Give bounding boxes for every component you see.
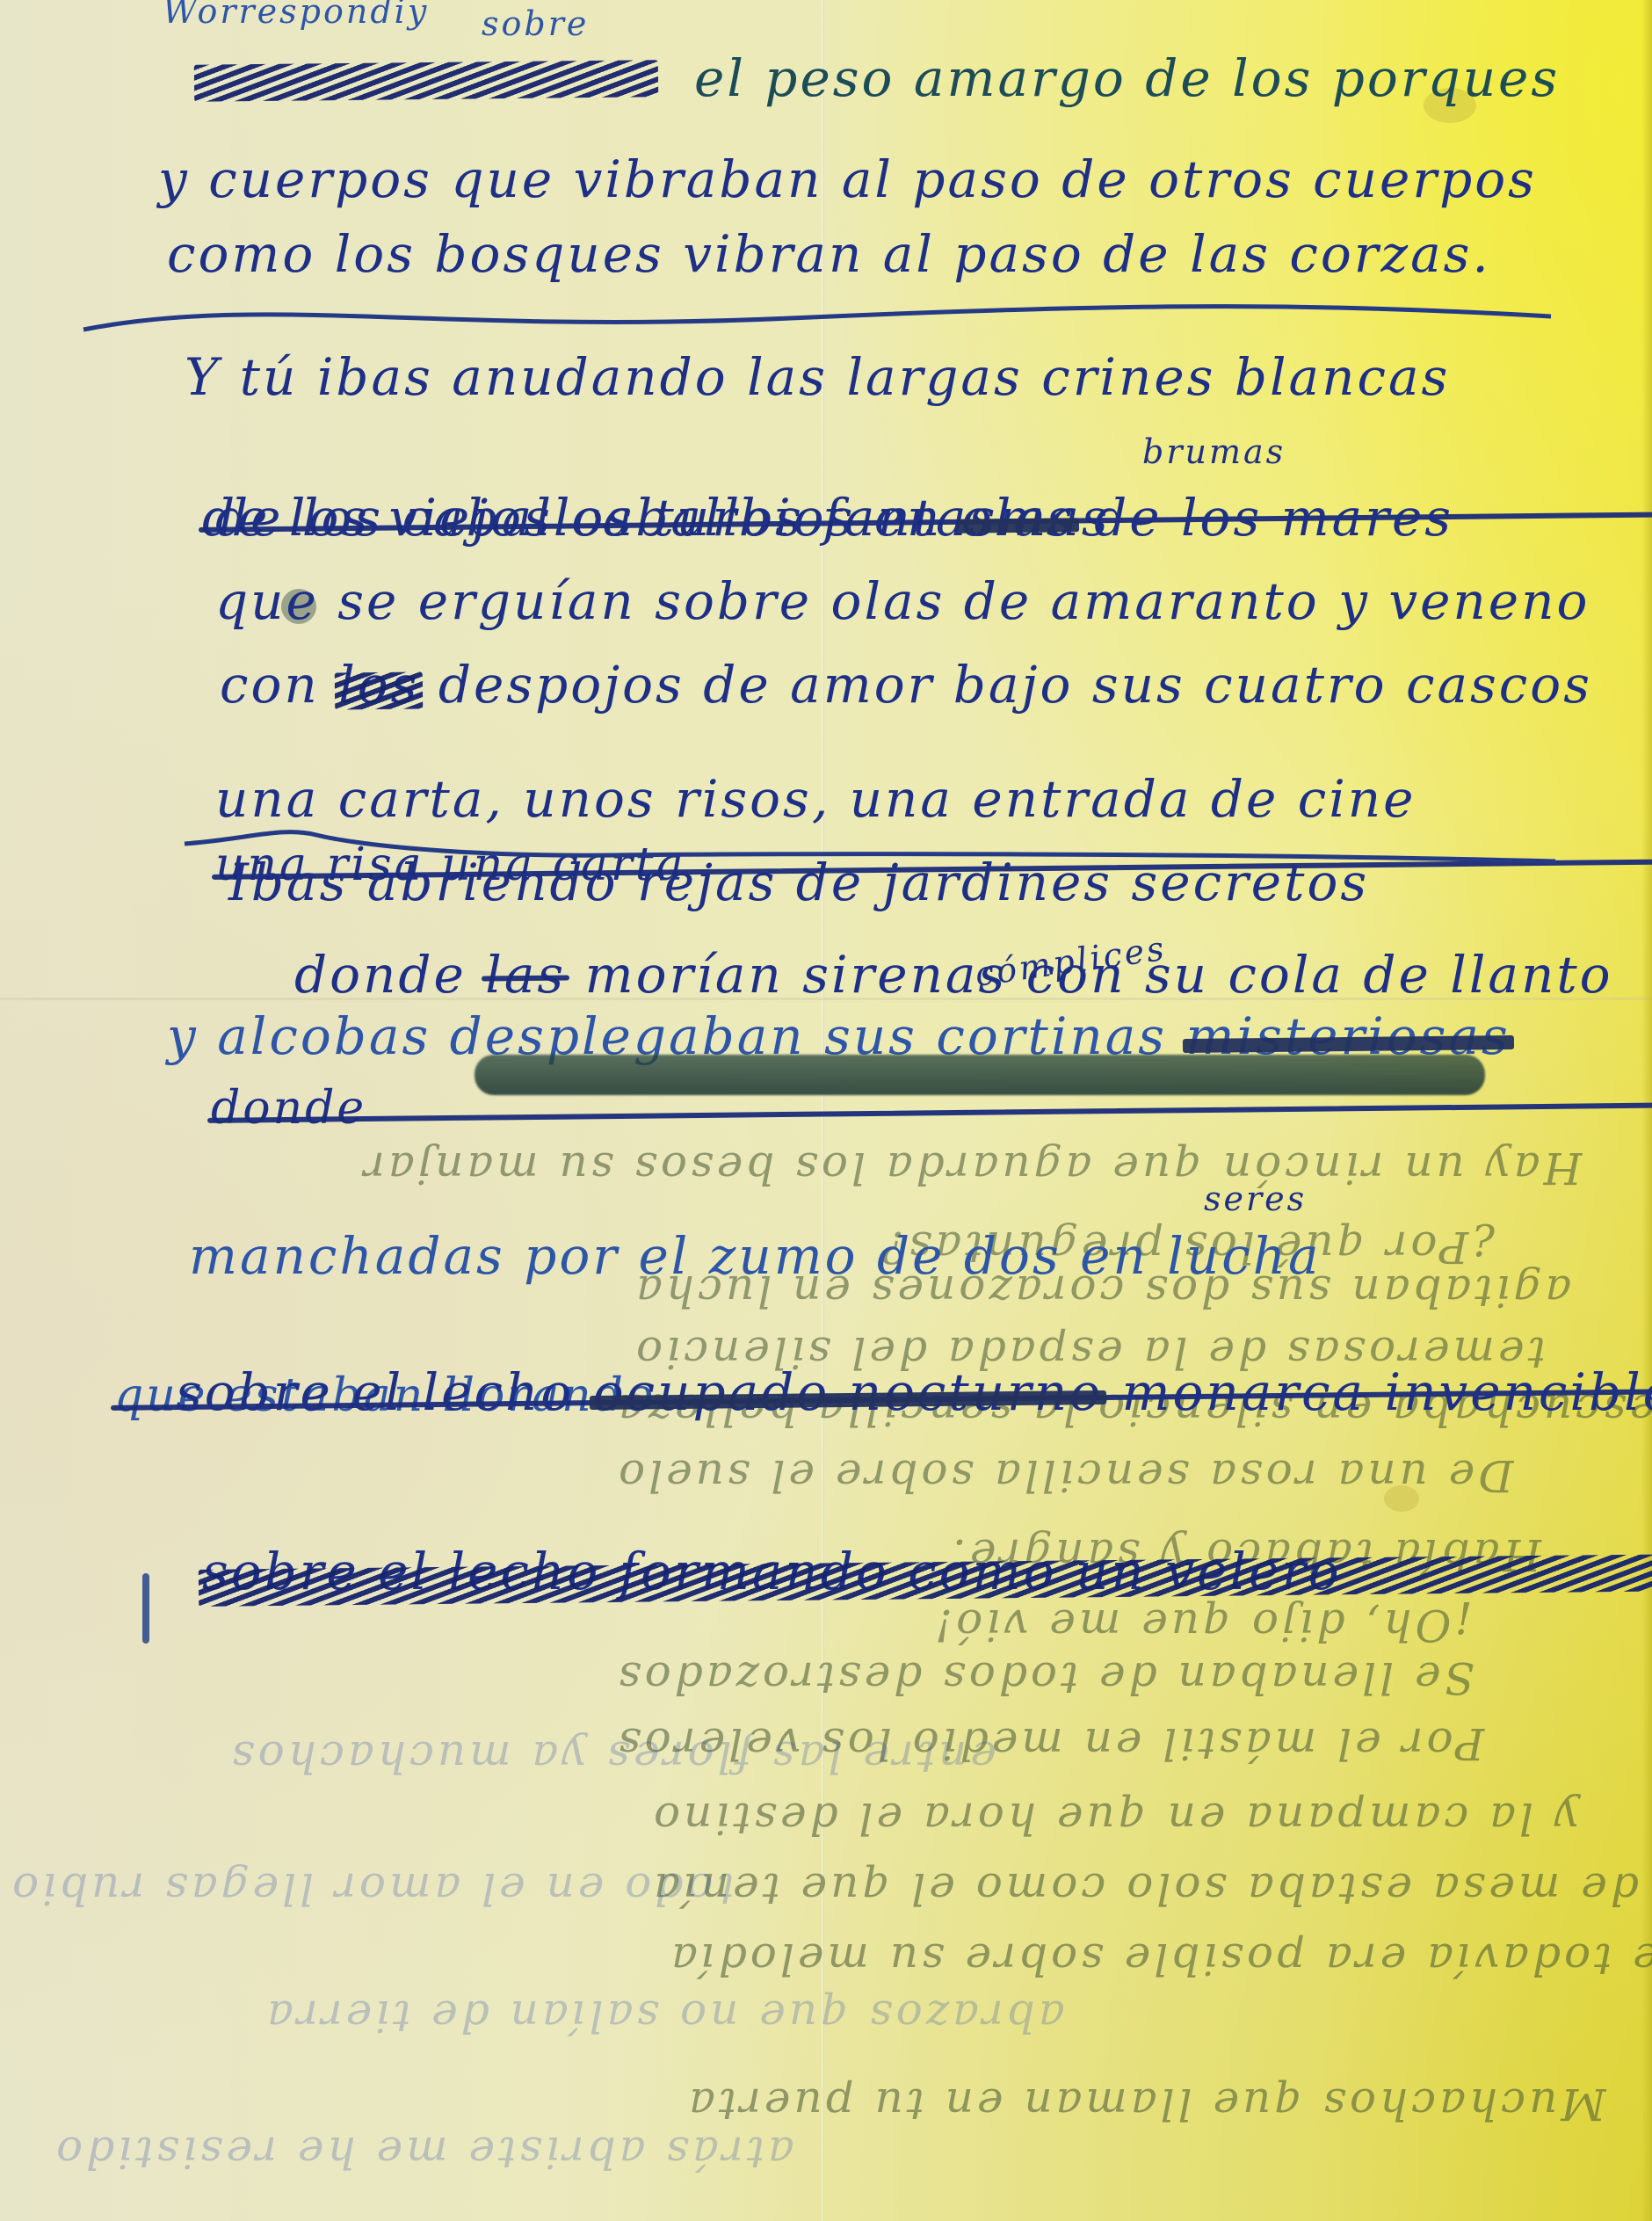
poem-line: de los caballos turbios en olas de los m…: [215, 492, 1453, 543]
bleed-through-line-blue: abrazos que no salían de tierra: [264, 1991, 1065, 2042]
poem-line: Ibas abriendo rejas de jardines secretos: [228, 857, 1369, 908]
manuscript-page: Hay un rincón que aguarda los besos su m…: [0, 0, 1652, 2221]
poem-text: monarca invencible y: [1122, 1362, 1652, 1422]
poem-line-struck: sobre el lecho formando como un velero: [202, 1546, 1652, 1597]
scribbled-out-words: [198, 44, 655, 105]
section-divider-line: [0, 299, 1652, 352]
margin-ink-mark: [142, 1573, 149, 1644]
insertion-above: brumas: [1142, 435, 1286, 468]
bleed-through-line: y la campana en que hora el destino: [650, 1793, 1579, 1844]
poem-line: donde las morían sirenas con su cola de …: [294, 949, 1613, 1000]
poem-line: manchadas por el zumo de dos en lucha: [189, 1230, 1322, 1281]
poem-text: sobre el lecho: [176, 1362, 574, 1422]
poem-line: con los despojos de amor bajo sus cuatro…: [220, 659, 1592, 710]
struck-word: ocupado nocturno: [593, 1362, 1103, 1422]
poem-line: y cuerpos que vibraban al paso de otros …: [158, 154, 1537, 205]
bleed-through-line-blue: todo en el amor llegas rubio: [9, 1863, 735, 1914]
insertion-above: seres: [1204, 1182, 1307, 1216]
poem-line: el peso amargo de los porques: [694, 53, 1560, 104]
poem-text: con: [220, 655, 320, 715]
bleed-through-line: Muchachos que llaman en tu puerta: [685, 2079, 1606, 2130]
poem-line: como los bosques vibran al paso de las c…: [167, 229, 1491, 279]
bleed-through-line-blue: entre las flores ya muchachos: [228, 1731, 996, 1782]
bleed-through-line: Hay un rincón que aguarda los besos su m…: [360, 1143, 1582, 1194]
bleed-through-line: Se llenaban de todos destrozados: [615, 1652, 1474, 1703]
heavy-ink-strikethrough: [475, 1055, 1485, 1095]
poem-line: Y tú ibas anudando las largas crines bla…: [185, 352, 1450, 403]
poem-text: de los mares: [1094, 488, 1453, 548]
poem-line: que se erguían sobre olas de amaranto y …: [215, 576, 1590, 627]
poem-line: sobre el lecho ocupado nocturno monarca …: [176, 1367, 1652, 1418]
poem-text: despojos de amor bajo sus cuatro cascos: [438, 655, 1592, 715]
bleed-through-line-blue: atrás abriste me he resistido: [53, 2127, 794, 2178]
bleed-through-line: de mesa estaba solo como el que tenía: [650, 1863, 1639, 1914]
bleed-through-line: De una rosa sencilla sobre el suelo: [615, 1450, 1513, 1501]
bleed-through-line: ¡Oh, dijo que me vió!: [931, 1600, 1473, 1651]
crossed-word-top: Worrespondiy: [163, 0, 429, 28]
insertion-above: sobre: [482, 7, 589, 40]
struck-word: las: [485, 945, 566, 1005]
poem-text: de los caballos turbios en: [215, 488, 942, 548]
struck-word: los: [338, 655, 419, 715]
poem-text: donde: [294, 945, 467, 1005]
bleed-through-line: Anoche todavía era posible sobre su melo…: [668, 1934, 1652, 1985]
struck-word: olas: [961, 488, 1076, 548]
